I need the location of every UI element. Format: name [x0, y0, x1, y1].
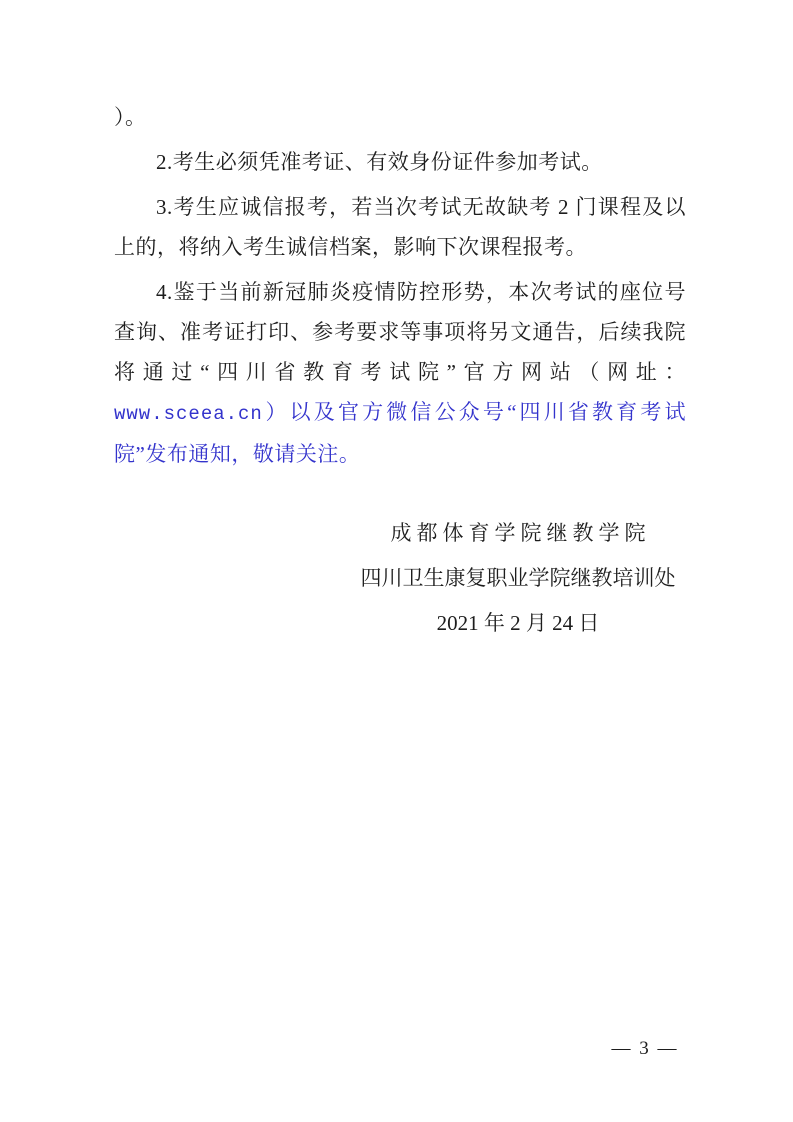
document-body: ）。 2.考生必须凭准考证、有效身份证件参加考试。 3.考生应诚信报考，若当次考…	[114, 97, 686, 479]
website-url-link[interactable]: www.sceea.cn	[114, 403, 263, 425]
signature-date: 2021 年 2 月 24 日	[356, 601, 680, 646]
document-page: ）。 2.考生必须凭准考证、有效身份证件参加考试。 3.考生应诚信报考，若当次考…	[0, 0, 793, 1122]
paragraph-item-3: 3.考生应诚信报考，若当次考试无故缺考 2 门课程及以上的，将纳入考生诚信档案，…	[114, 187, 686, 267]
page-number: — 3 —	[585, 1038, 705, 1060]
signature-org-line-1: 成都体育学院继教学院	[356, 511, 680, 556]
paragraph-item-4: 4.鉴于当前新冠肺炎疫情防控形势，本次考试的座位号查询、准考证打印、参考要求等事…	[114, 272, 686, 474]
signature-org-line-2: 四川卫生康复职业学院继教培训处	[356, 556, 680, 601]
signature-block: 成都体育学院继教学院 四川卫生康复职业学院继教培训处 2021 年 2 月 24…	[356, 511, 680, 646]
paragraph-item-4-black-text: 4.鉴于当前新冠肺炎疫情防控形势，本次考试的座位号查询、准考证打印、参考要求等事…	[114, 280, 686, 384]
paragraph-continuation: ）。	[114, 97, 686, 137]
paragraph-item-2: 2.考生必须凭准考证、有效身份证件参加考试。	[114, 142, 686, 182]
